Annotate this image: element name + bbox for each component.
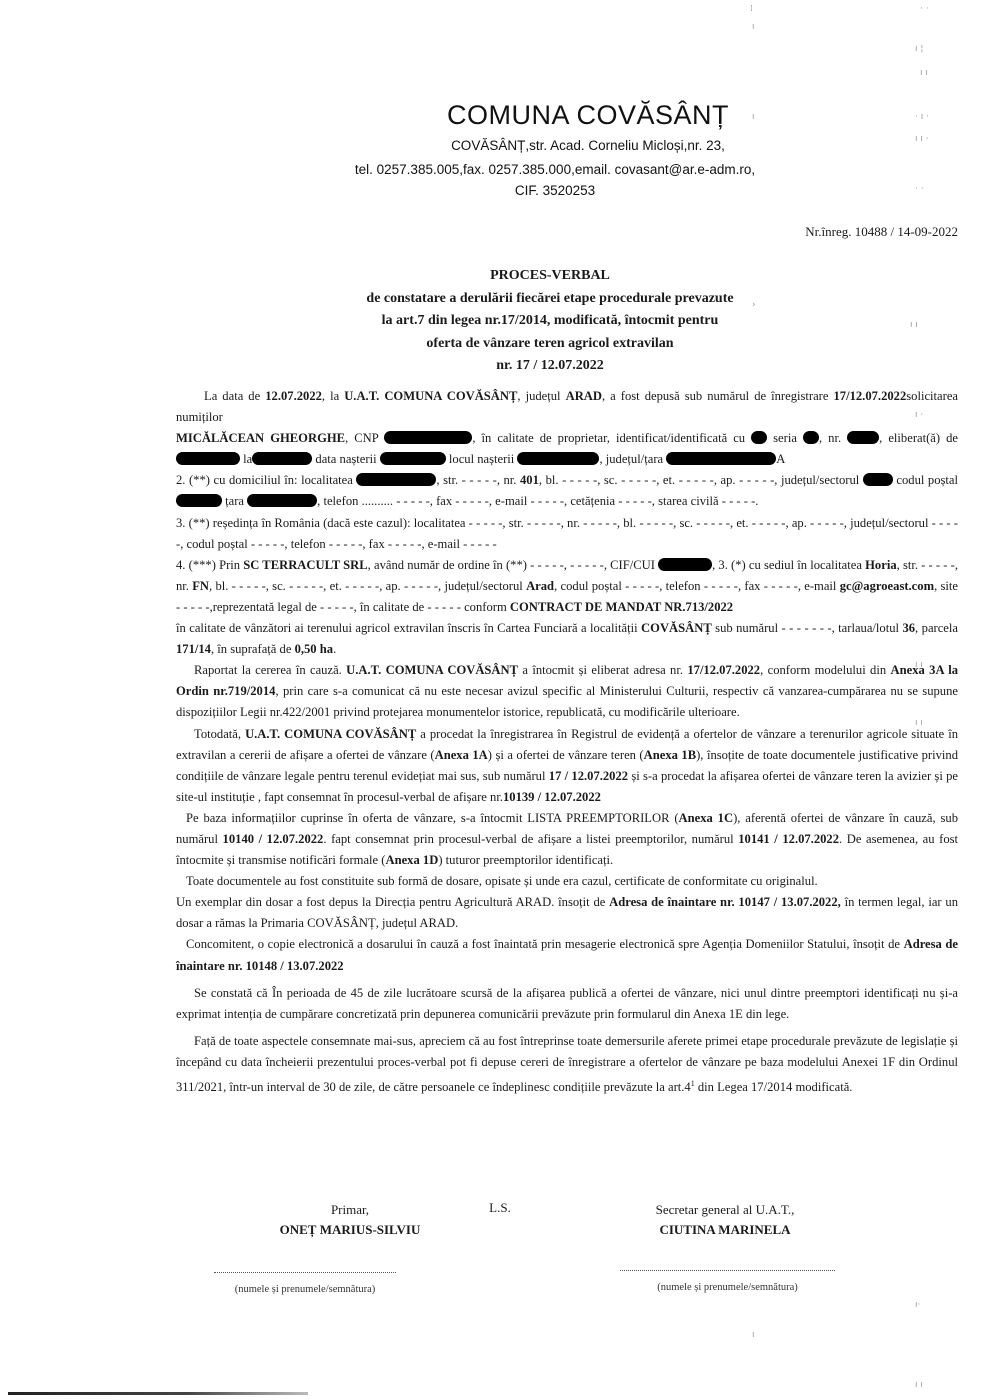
redacted-country — [247, 494, 317, 507]
text: , bl. - - - - -, sc. - - - - -, et. - - … — [209, 579, 526, 593]
scan-noise: ⁞ · · ı ı ¦ ı ı ı · ı · ı ı · · · › ı ı … — [730, 0, 960, 1400]
text: , str. - - - - -, nr. — [436, 473, 520, 487]
text: țara — [222, 494, 247, 508]
seal-placeholder: L.S. — [470, 1200, 530, 1216]
owner-name: MICĂLĂCEAN GHEORGHE — [176, 431, 345, 445]
text: 4. (***) Prin — [176, 558, 243, 572]
redacted-birth-date — [380, 452, 446, 465]
redacted-postal-code — [176, 494, 222, 507]
text: , la — [322, 389, 344, 403]
redacted-birth-place — [517, 452, 599, 465]
text: ) tuturor preemptorilor identificați. — [438, 853, 613, 867]
text: La data de — [204, 389, 265, 403]
text: locul nașterii — [446, 452, 518, 466]
contract-ref: CONTRACT DE MANDAT NR.713/2022 — [510, 600, 733, 614]
text: Totodată, — [194, 727, 245, 741]
mayor-role: Primar, — [250, 1200, 450, 1220]
text: în calitate de vânzători ai terenului ag… — [176, 621, 641, 635]
uat-name: U.A.T. COMUNA COVĂSÂNȚ — [344, 389, 517, 403]
uat-name: U.A.T. COMUNA COVĂSÂNȚ — [245, 727, 416, 741]
redacted-issuer — [176, 452, 240, 465]
text: , județul/țara — [599, 452, 666, 466]
area: 0,50 ha — [295, 642, 334, 656]
street-number: 401 — [520, 473, 539, 487]
annex-ref: Anexa 1B — [644, 748, 696, 762]
document-page: COMUNA COVĂSÂNȚ COVĂSÂNȚ,str. Acad. Corn… — [0, 0, 990, 1400]
signature-line-mayor — [214, 1272, 396, 1273]
parcela: 171/14 — [176, 642, 211, 656]
signature-mayor: Primar, ONEȚ MARIUS-SILVIU — [250, 1200, 450, 1240]
street-number: FN — [192, 579, 209, 593]
redacted-cnp — [384, 431, 472, 444]
text: , județul — [517, 389, 565, 403]
text: Pe baza informațiilor cuprinse în oferta… — [186, 811, 679, 825]
text: a întocmit și eliberat adresa nr. — [518, 663, 687, 677]
text: Un exemplar din dosar a fost depus la Di… — [176, 895, 609, 909]
registry-ref: 17 / 12.07.2022 — [549, 769, 628, 783]
redacted-issue-date — [252, 452, 312, 465]
annex-ref: Anexa 1D — [385, 853, 438, 867]
text: , în calitate de proprietar, identificat… — [472, 431, 751, 445]
county: Arad — [526, 579, 554, 593]
text: . — [333, 642, 336, 656]
mayor-name: ONEȚ MARIUS-SILVIU — [250, 1220, 450, 1240]
uat-name: U.A.T. COMUNA COVĂSÂNȚ — [346, 663, 518, 677]
list-ref: 10140 / 12.07.2022 — [223, 832, 324, 846]
text: , în suprafață de — [211, 642, 295, 656]
scan-artifact-line — [8, 1392, 308, 1395]
text: Raportat la cererea în cauză. — [194, 663, 346, 677]
county: ARAD — [566, 389, 602, 403]
annex-ref: Anexa 1C — [679, 811, 734, 825]
text: , CNP — [345, 431, 384, 445]
company-name: SC TERRACULT SRL — [243, 558, 367, 572]
date: 12.07.2022 — [265, 389, 322, 403]
text: data nașterii — [312, 452, 380, 466]
annex-ref: Anexa 1A — [435, 748, 488, 762]
locality: COVĂSÂNȚ — [641, 621, 712, 635]
text: , telefon .......... - - - - -, fax - - … — [317, 494, 758, 508]
text: 2. (**) cu domiciliul în: localitatea — [176, 473, 356, 487]
redacted-locality — [356, 473, 436, 486]
redacted-cui — [658, 558, 712, 571]
signature-caption-mayor: (numele și prenumele/semnătura) — [214, 1284, 396, 1295]
text: , având număr de ordine în (**) - - - - … — [368, 558, 658, 572]
text: . fapt consemnat prin procesul-verbal de… — [323, 832, 738, 846]
text: la — [240, 452, 252, 466]
text: ) și a ofertei de vânzare teren ( — [488, 748, 644, 762]
pv-ref: 10139 / 12.07.2022 — [503, 790, 601, 804]
